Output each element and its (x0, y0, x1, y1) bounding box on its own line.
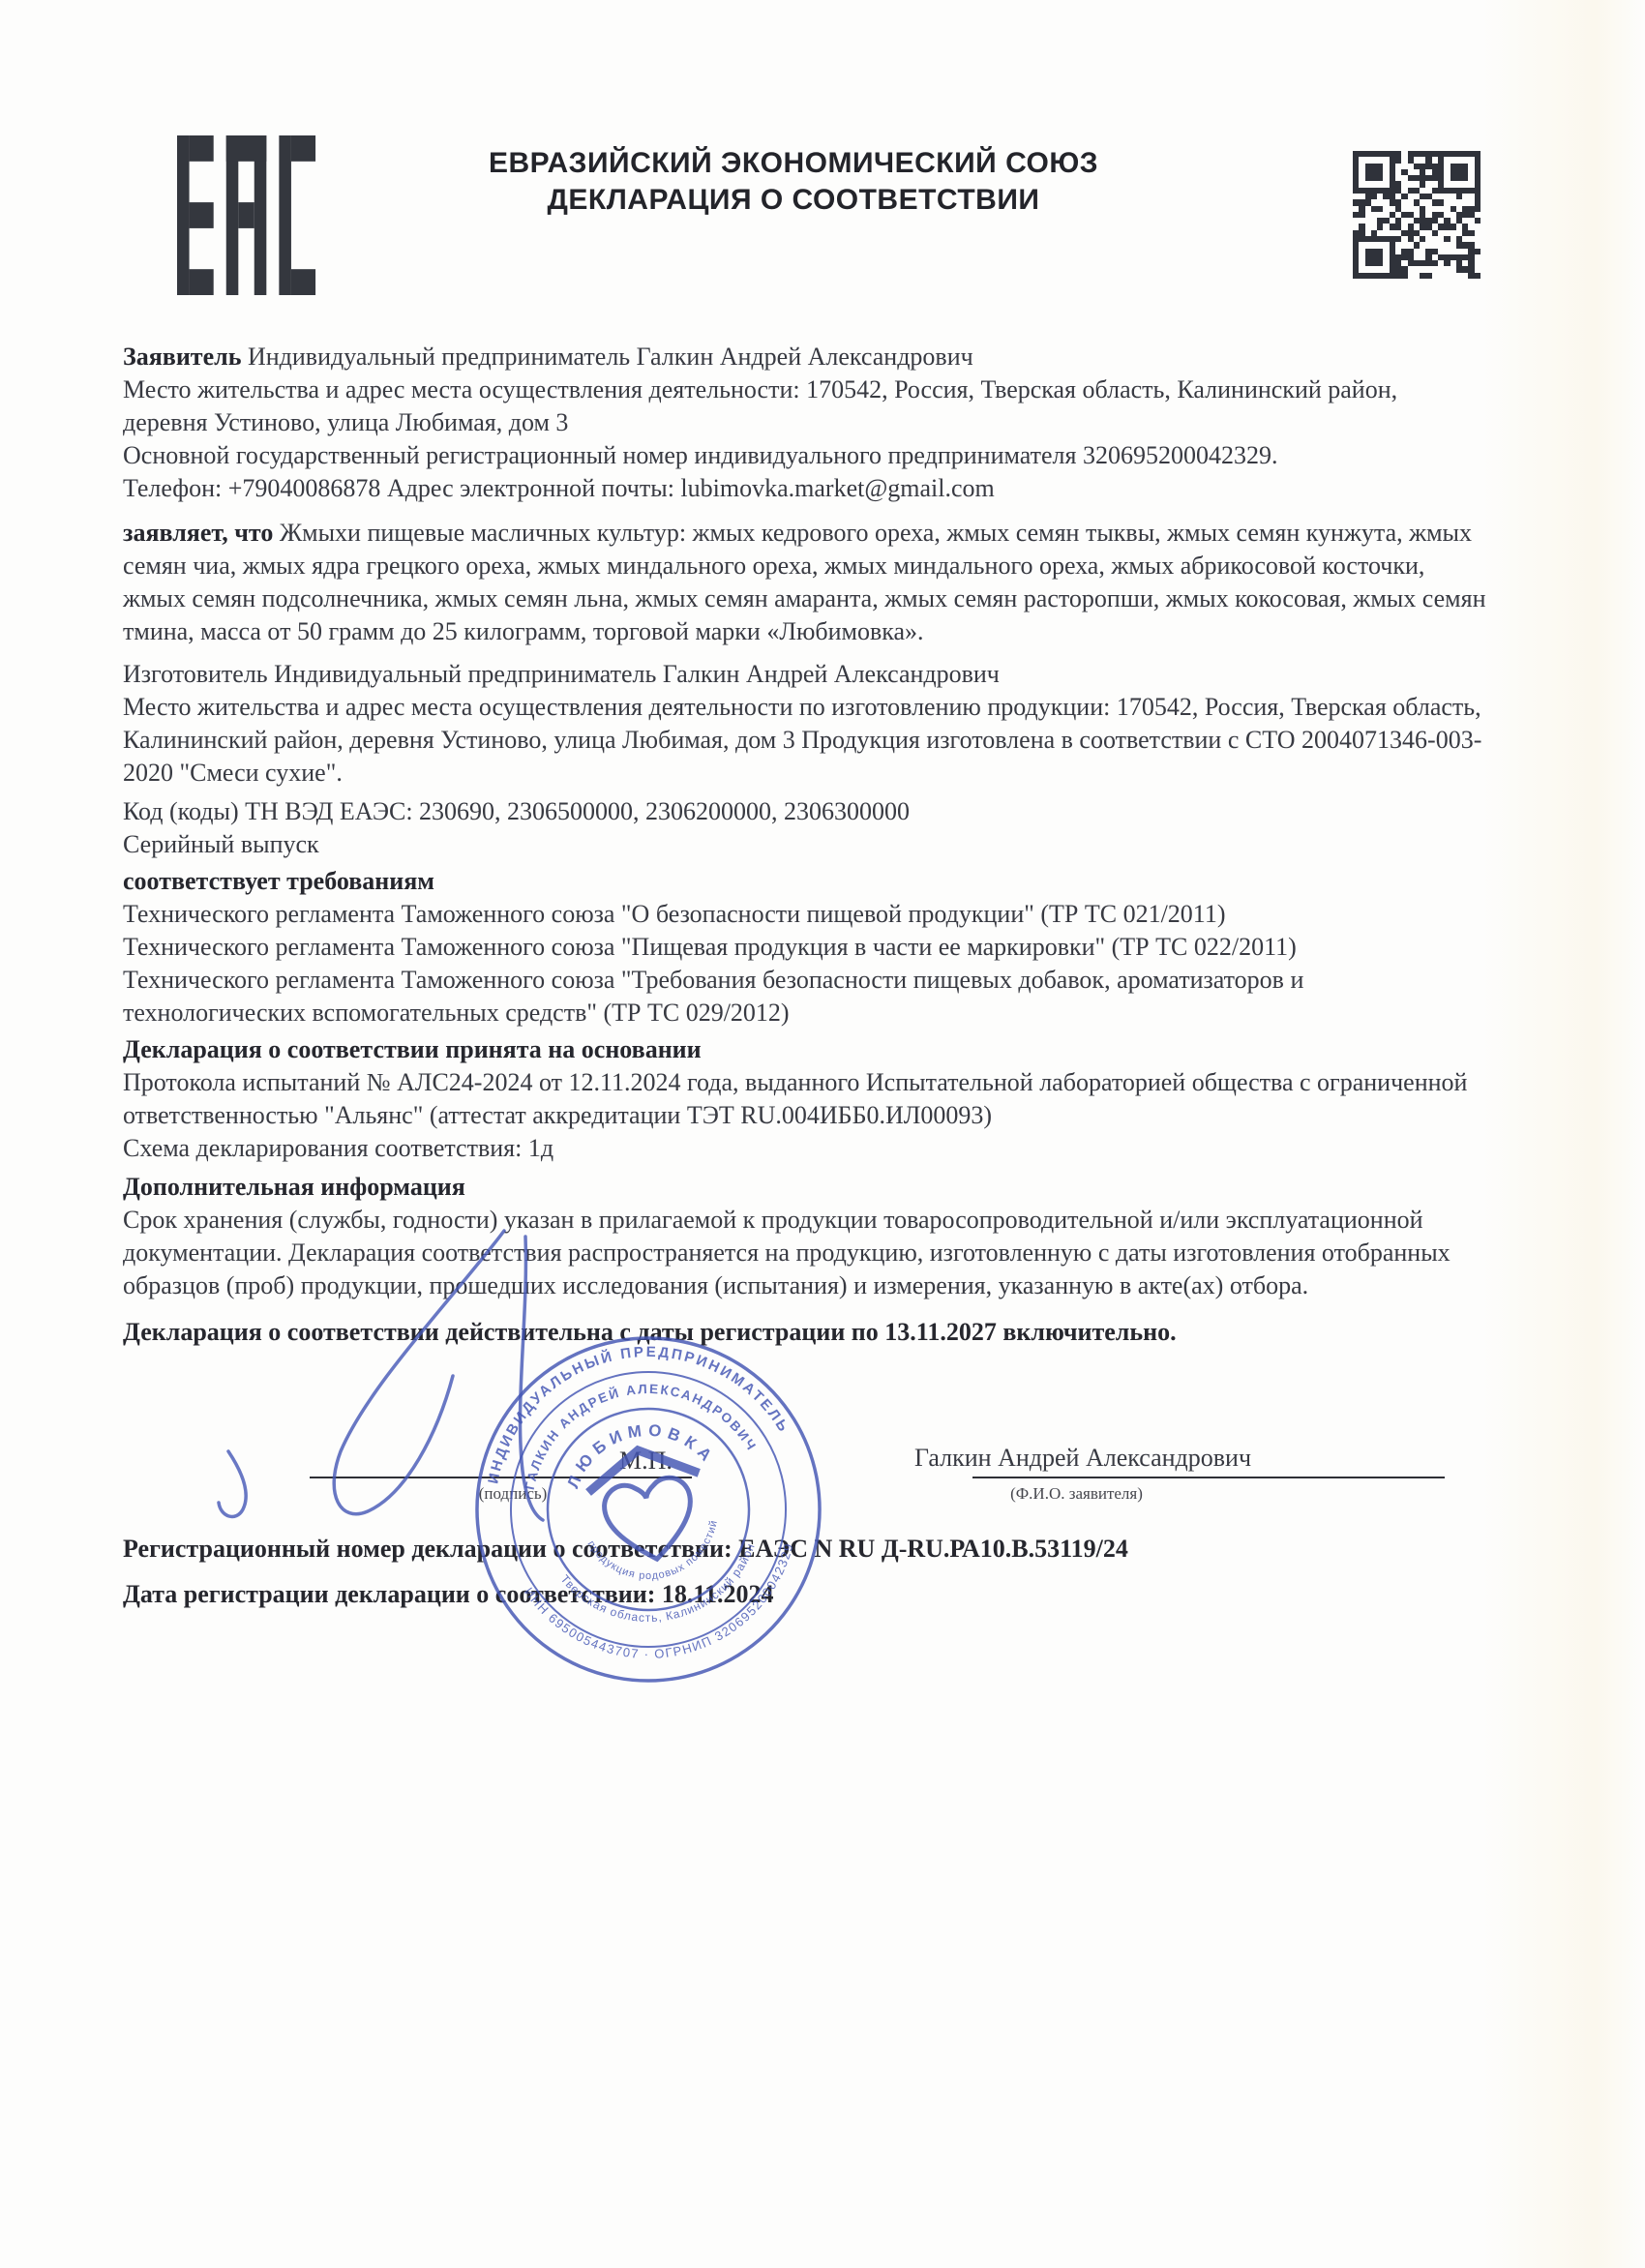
validity-statement: Декларация о соответствии действительна … (123, 1316, 1487, 1349)
product-description: Жмыхи пищевые масличных культур: жмых ке… (123, 519, 1486, 645)
additional-label: Дополнительная информация (123, 1171, 1487, 1204)
eac-logo (177, 135, 317, 295)
regulation-item: Технического регламента Таможенного союз… (123, 898, 1487, 931)
declares-section: заявляет, что Жмыхи пищевые масличных ку… (123, 517, 1487, 648)
title-union: ЕВРАЗИЙСКИЙ ЭКОНОМИЧЕСКИЙ СОЮЗ (406, 145, 1181, 182)
applicant-fio: Галкин Андрей Александрович (914, 1444, 1251, 1473)
applicant-section: Заявитель Индивидуальный предприниматель… (123, 341, 1487, 505)
serial-release: Серийный выпуск (123, 828, 1487, 861)
registration-number: Регистрационный номер декларации о соотв… (123, 1535, 1128, 1564)
applicant-name: Индивидуальный предприниматель Галкин Ан… (248, 343, 973, 371)
basis-label: Декларация о соответствии принята на осн… (123, 1033, 1487, 1066)
additional-info-section: Дополнительная информация Срок хранения … (123, 1171, 1487, 1302)
declares-label: заявляет, что (123, 519, 273, 547)
compliance-section: соответствует требованиям Технического р… (123, 865, 1487, 1030)
complies-label: соответствует требованиям (123, 865, 1487, 898)
declaration-document: ЕВРАЗИЙСКИЙ ЭКОНОМИЧЕСКИЙ СОЮЗ ДЕКЛАРАЦИ… (0, 0, 1645, 2268)
applicant-contacts: Телефон: +79040086878 Адрес электронной … (123, 472, 1487, 505)
signature-caption: (подпись) (426, 1484, 600, 1504)
regulation-item: Технического регламента Таможенного союз… (123, 931, 1487, 964)
applicant-ogrnip: Основной государственный регистрационный… (123, 439, 1487, 472)
test-protocol: Протокола испытаний № АЛС24-2024 от 12.1… (123, 1066, 1487, 1132)
eac-logo-glyph (177, 135, 317, 295)
additional-text: Срок хранения (службы, годности) указан … (123, 1204, 1487, 1302)
applicant-label: Заявитель (123, 343, 241, 371)
manufacturer-section: Изготовитель Индивидуальный предпринимат… (123, 658, 1487, 790)
signature-line (310, 1477, 692, 1478)
fio-line (972, 1477, 1445, 1478)
title-declaration: ДЕКЛАРАЦИЯ О СООТВЕТСТВИИ (406, 182, 1181, 219)
applicant-address: Место жительства и адрес места осуществл… (123, 373, 1487, 439)
qr-code-modules (1353, 151, 1480, 279)
round-stamp: ИНДИВИДУАЛЬНЫЙ ПРЕДПРИНИМАТЕЛЬ ИНН 69500… (445, 1306, 852, 1713)
declaration-body: Заявитель Индивидуальный предприниматель… (123, 341, 1487, 1360)
tnved-codes: Код (коды) ТН ВЭД ЕАЭС: 230690, 23065000… (123, 795, 1487, 828)
document-title: ЕВРАЗИЙСКИЙ ЭКОНОМИЧЕСКИЙ СОЮЗ ДЕКЛАРАЦИ… (406, 145, 1181, 219)
basis-section: Декларация о соответствии принята на осн… (123, 1033, 1487, 1165)
seal-place-label: М.П. (619, 1447, 673, 1476)
manufacturer-address: Место жительства и адрес места осуществл… (123, 691, 1487, 790)
regulation-item: Технического регламента Таможенного союз… (123, 964, 1487, 1030)
fio-caption: (Ф.И.О. заявителя) (972, 1484, 1181, 1504)
codes-section: Код (коды) ТН ВЭД ЕАЭС: 230690, 23065000… (123, 795, 1487, 861)
manufacturer-name: Изготовитель Индивидуальный предпринимат… (123, 658, 1487, 691)
declaration-scheme: Схема декларирования соответствия: 1д (123, 1132, 1487, 1165)
qr-code-icon (1353, 151, 1480, 279)
registration-date: Дата регистрации декларации о соответств… (123, 1580, 773, 1609)
